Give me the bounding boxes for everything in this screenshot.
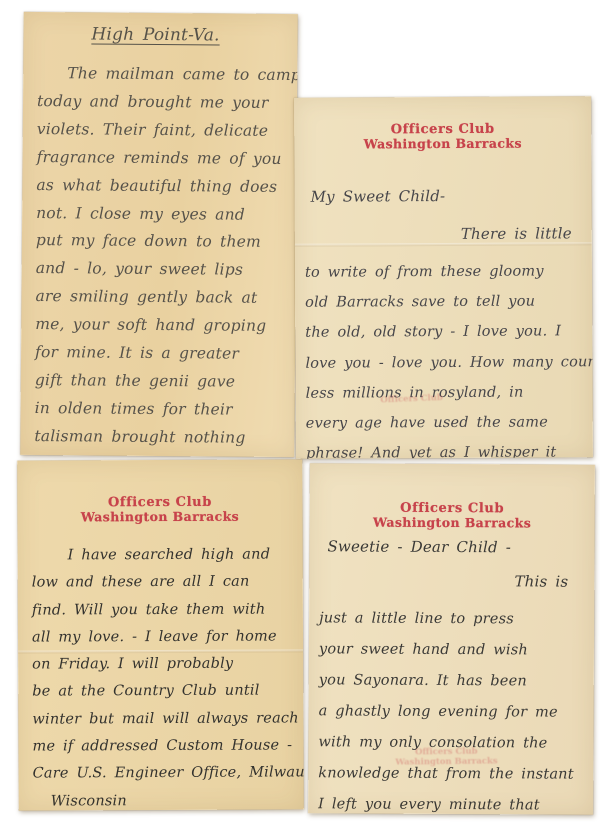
handwriting-line: violets. Their faint, delicate <box>37 116 297 146</box>
handwriting-line: gift than the genii gave <box>35 367 295 397</box>
handwriting-line: Care U.S. Engineer Office, Milwaukee, <box>33 760 304 788</box>
handwriting-line: all my love. - I leave for home <box>32 623 303 651</box>
handwriting-line: just a little line to press <box>319 603 594 635</box>
handwriting-line: the old, old story - I love you. I <box>305 317 592 349</box>
letter-page-bottom-left: Officers Club Washington Barracks I have… <box>17 459 304 810</box>
handwriting-line: with my only consolation the <box>318 727 593 759</box>
handwriting-line: and - lo, your sweet lips <box>36 255 296 285</box>
letter-body: I have searched high and low and these a… <box>32 541 304 810</box>
salutation: Sweetie - Dear Child - <box>327 537 511 556</box>
handwriting-line: your sweet hand and wish <box>319 634 594 666</box>
handwriting-line: winter but mail will always reach <box>32 705 303 733</box>
letterhead: Officers Club Washington Barracks <box>310 501 595 530</box>
handwriting-line: be at the Country Club until <box>32 678 303 706</box>
handwriting-line: The mailman came to camp <box>37 60 297 90</box>
handwriting-line: in olden times for their <box>35 395 295 425</box>
letter-page-top-left: High Point-Va. The mailman came to camp … <box>20 12 297 457</box>
salutation: My Sweet Child- <box>311 187 446 206</box>
handwriting-line: find. Will you take them with <box>32 596 303 624</box>
letter-body: just a little line to press your sweet h… <box>318 603 594 814</box>
handwriting-line: me if addressed Custom House - <box>32 732 303 760</box>
handwriting-line: put my face down to them <box>36 227 296 257</box>
letterhead-barracks: Washington Barracks <box>310 515 595 530</box>
handwriting-line: low and these are all I can <box>32 569 303 597</box>
letter-body: to write of from these gloomy old Barrac… <box>305 256 593 459</box>
letterhead-barracks: Washington Barracks <box>294 136 591 152</box>
handwriting-line: less millions in rosyland, in <box>306 377 593 409</box>
handwriting-line: I have searched high and <box>32 541 303 569</box>
paper-fold <box>295 242 592 247</box>
handwriting-line: for mine. It is a greater <box>35 339 295 369</box>
handwriting-line: love you - love you. How many count- <box>305 347 592 379</box>
handwriting-line: Wisconsin <box>33 787 304 811</box>
letterhead: Officers Club Washington Barracks <box>294 122 591 152</box>
letterhead-barracks: Washington Barracks <box>17 509 302 524</box>
handwriting-line: you Sayonara. It has been <box>319 665 594 697</box>
handwriting-line: not. I close my eyes and <box>36 200 296 230</box>
handwriting-line: I left you every minute that <box>318 789 593 814</box>
handwriting-line: me, your soft hand groping <box>35 311 295 341</box>
handwriting-line: phrase! And yet as I whisper it <box>306 437 593 458</box>
letter-page-bottom-right: Officers Club Washington Barracks Sweeti… <box>308 463 595 814</box>
handwriting-line: on Friday. I will probably <box>32 651 303 679</box>
letter-page-top-right: Officers Club Washington Barracks My Swe… <box>294 96 593 459</box>
opening-phrase: There is little <box>461 224 572 243</box>
letter-heading: High Point-Va. <box>23 24 287 46</box>
handwriting-line: today and brought me your <box>37 88 297 118</box>
handwriting-line: every age have used the same <box>306 407 593 439</box>
letters-photo: High Point-Va. The mailman came to camp … <box>0 0 600 824</box>
handwriting-line: as what beautiful thing does <box>36 172 296 202</box>
handwriting-line: to write of from these gloomy <box>305 256 592 288</box>
opening-phrase: This is <box>514 572 568 590</box>
letterhead: Officers Club Washington Barracks <box>17 495 302 524</box>
letter-body: The mailman came to camp today and broug… <box>34 60 297 453</box>
handwriting-line: old Barracks save to tell you <box>305 286 592 318</box>
handwriting-line: knowledge that from the instant <box>318 758 593 790</box>
handwriting-line: talisman brought nothing <box>34 423 294 453</box>
handwriting-line: a ghastly long evening for me <box>319 696 594 728</box>
handwriting-line: fragrance reminds me of you <box>36 144 296 174</box>
handwriting-line: are smiling gently back at <box>35 283 295 313</box>
